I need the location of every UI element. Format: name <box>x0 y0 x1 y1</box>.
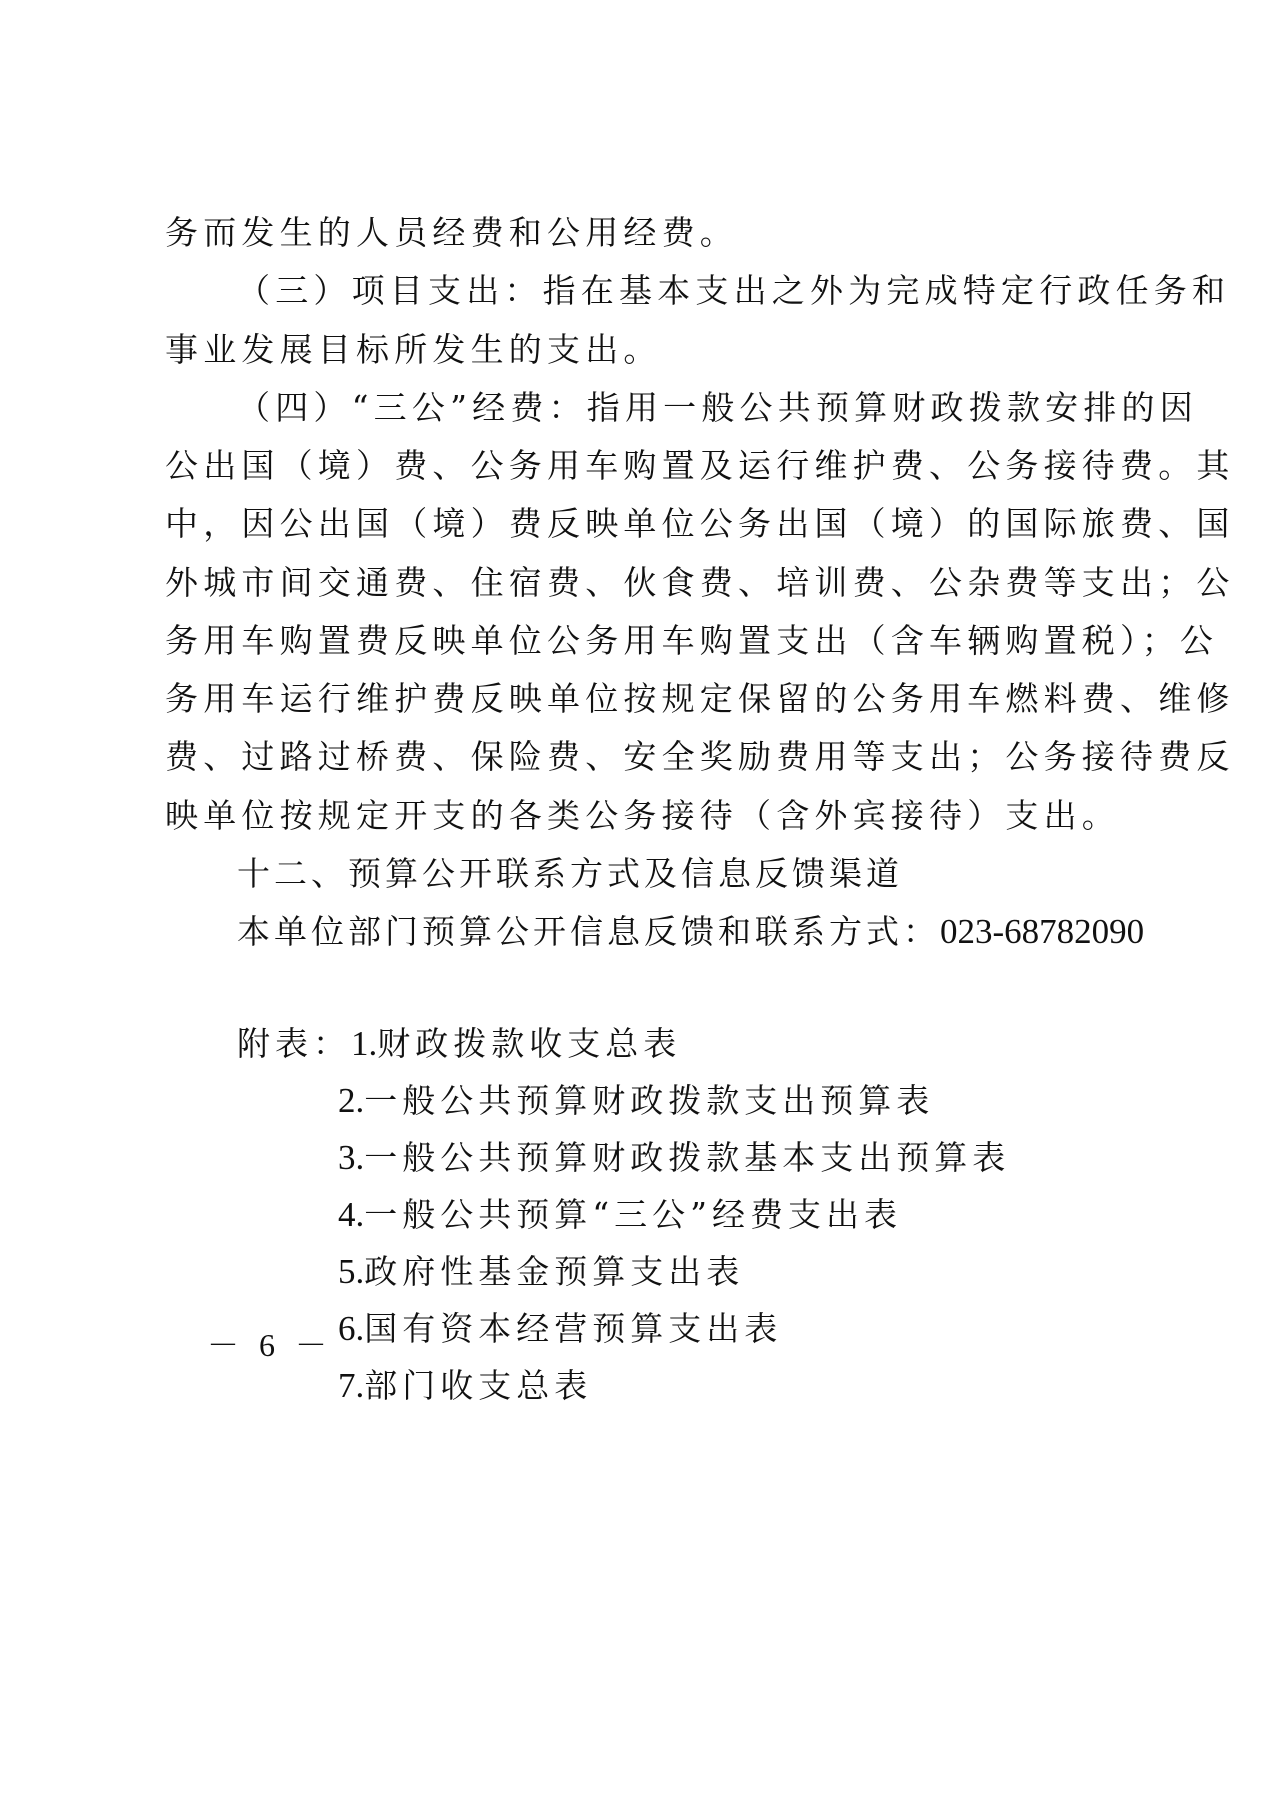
annex-item-number: 2. <box>338 1081 364 1120</box>
annex-item-3: 3.一般公共预算财政拨款基本支出预算表 <box>338 1138 1010 1178</box>
annex-item-title: 国有资本经营预算支出表 <box>364 1309 782 1348</box>
paragraph-line: 映单位按规定开支的各类公务接待（含外宾接待）支出。 <box>165 796 1110 836</box>
section-heading: 十二、预算公开联系方式及信息反馈渠道 <box>237 854 1110 894</box>
annex-label: 附表： <box>237 1024 351 1063</box>
annex-item-2: 2.一般公共预算财政拨款支出预算表 <box>338 1081 934 1121</box>
annex-item-4: 4.一般公共预算“三公”经费支出表 <box>338 1195 902 1235</box>
annex-item-title: 部门收支总表 <box>364 1366 592 1405</box>
paragraph-line: （三）项目支出：指在基本支出之外为完成特定行政任务和 <box>237 271 1110 311</box>
annex-item-title: 一般公共预算财政拨款基本支出预算表 <box>364 1138 1010 1177</box>
paragraph-line: 费、过路过桥费、保险费、安全奖励费用等支出；公务接待费反 <box>165 737 1110 777</box>
annex-item-7: 7.部门收支总表 <box>338 1366 592 1406</box>
annex-item-number: 3. <box>338 1138 364 1177</box>
paragraph-line: 中，因公出国（境）费反映单位公务出国（境）的国际旅费、国 <box>165 504 1110 544</box>
paragraph-line: 外城市间交通费、住宿费、伙食费、培训费、公杂费等支出；公 <box>165 563 1110 603</box>
annex-item-5: 5.政府性基金预算支出表 <box>338 1252 744 1292</box>
contact-phone: 023-68782090 <box>940 912 1144 951</box>
annex-item-number: 7. <box>338 1366 364 1405</box>
annex-item-number: 6. <box>338 1309 364 1348</box>
document-page: 务而发生的人员经费和公用经费。 （三）项目支出：指在基本支出之外为完成特定行政任… <box>0 0 1269 1795</box>
contact-label: 本单位部门预算公开信息反馈和联系方式： <box>237 912 940 951</box>
annex-item-title: 政府性基金预算支出表 <box>364 1252 744 1291</box>
paragraph-line: 务用车购置费反映单位公务用车购置支出（含车辆购置税）；公 <box>165 621 1110 661</box>
annex-item-title: 财政拨款收支总表 <box>377 1024 681 1063</box>
annex-item-title: 一般公共预算财政拨款支出预算表 <box>364 1081 934 1120</box>
annex-item-number: 5. <box>338 1252 364 1291</box>
annex-item-1: 附表：1.财政拨款收支总表 <box>237 1024 681 1064</box>
annex-item-6: 6.国有资本经营预算支出表 <box>338 1309 782 1349</box>
annex-item-title: 一般公共预算“三公”经费支出表 <box>364 1195 902 1234</box>
contact-line: 本单位部门预算公开信息反馈和联系方式：023-68782090 <box>237 912 1110 952</box>
annex-item-number: 1. <box>351 1024 377 1063</box>
paragraph-line: 公出国（境）费、公务用车购置及运行维护费、公务接待费。其 <box>165 446 1110 486</box>
paragraph-line: （四）“三公”经费：指用一般公共预算财政拨款安排的因 <box>237 388 1110 428</box>
annex-item-number: 4. <box>338 1195 364 1234</box>
page-number: － 6 － <box>207 1320 333 1366</box>
paragraph-line: 事业发展目标所发生的支出。 <box>165 330 1110 370</box>
paragraph-line: 务用车运行维护费反映单位按规定保留的公务用车燃料费、维修 <box>165 679 1110 719</box>
paragraph-line: 务而发生的人员经费和公用经费。 <box>165 213 1110 253</box>
